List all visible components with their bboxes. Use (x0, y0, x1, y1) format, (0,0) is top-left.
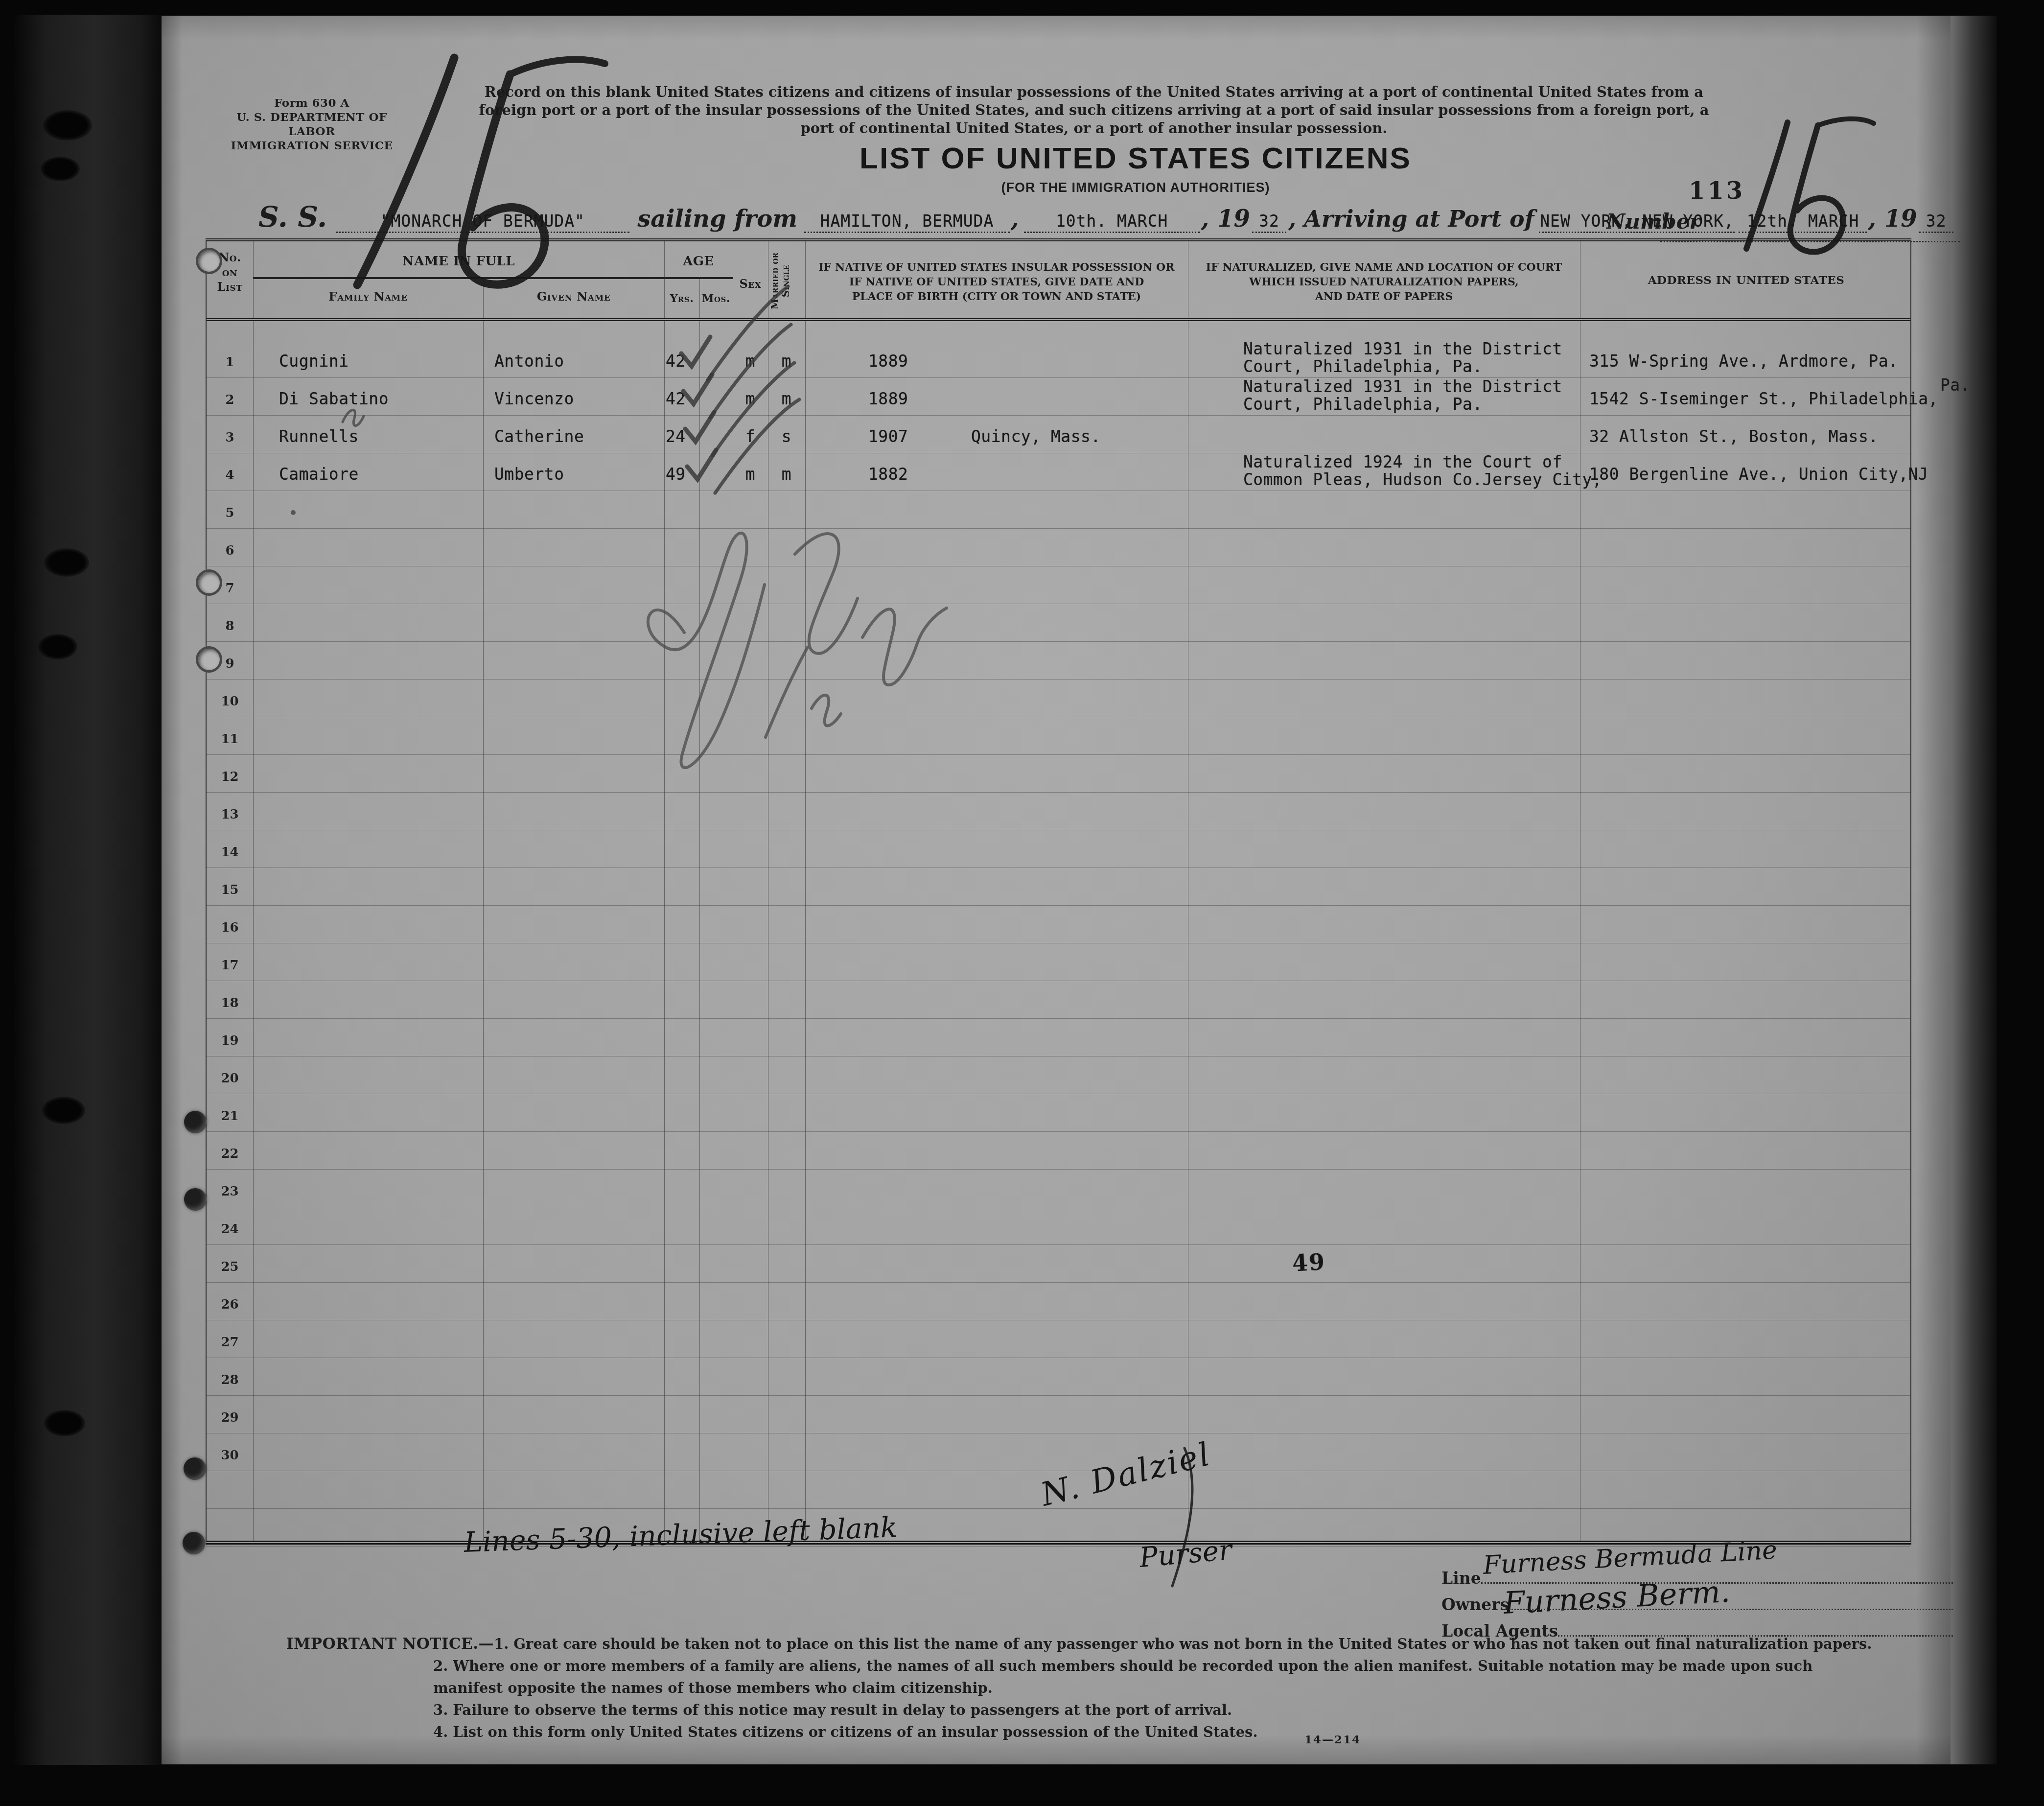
ss-label: S. S. (258, 203, 327, 231)
birth-year: 1889 (868, 389, 908, 408)
married-or-single: m (769, 389, 804, 408)
service-line: IMMIGRATION SERVICE (226, 139, 397, 153)
age-years: 49 (666, 465, 695, 484)
col-naturalization: IF NATURALIZED, GIVE NAME AND LOCATION O… (1188, 260, 1580, 304)
row-number: 4 (207, 468, 253, 483)
given-name: Umberto (494, 465, 564, 484)
film-hole-shadow (43, 110, 92, 141)
film-hole-shadow (42, 1097, 85, 1124)
table-row: 14 (207, 830, 1910, 868)
row-number: 10 (207, 694, 253, 709)
table-row: 24 (207, 1207, 1910, 1245)
punch-hole (196, 646, 222, 673)
address: 32 Allston St., Boston, Mass. (1589, 427, 1879, 446)
birth-year: 1889 (868, 352, 908, 371)
naturalization: Naturalized 1931 in the DistrictCourt, P… (1243, 378, 1562, 413)
page-title: LIST OF UNITED STATES CITIZENS (641, 141, 1630, 176)
table-row: 6 (207, 528, 1910, 566)
film-hole-shadow (44, 1410, 85, 1436)
row-number: 20 (207, 1071, 253, 1086)
row-number: 25 (207, 1260, 253, 1274)
year-printed: , 19 (1201, 207, 1250, 231)
row-number: 18 (207, 996, 253, 1010)
header-rule (253, 277, 733, 279)
table-row: 13 (207, 792, 1910, 830)
header-column-line (768, 241, 768, 318)
naturalization-line2: Court, Philadelphia, Pa. (1243, 396, 1562, 413)
punch-hole (184, 1188, 207, 1211)
notice-item-2: 2. Where one or more members of a family… (433, 1655, 1877, 1699)
col-given-name: Given Name (483, 289, 664, 304)
family-name: Cugnini (279, 352, 349, 371)
table-row: 17 (207, 943, 1910, 981)
family-name: Di Sabatino (279, 389, 389, 408)
table-row: 23 (207, 1169, 1910, 1207)
notice-heading: IMPORTANT NOTICE.— (286, 1635, 494, 1653)
col-birth-info: IF NATIVE OF UNITED STATES INSULAR POSSE… (805, 260, 1188, 304)
table-body: 1CugniniAntonio42mm1889Naturalized 1931 … (207, 321, 1910, 1541)
naturalization-line1: Naturalized 1931 in the District (1243, 378, 1562, 396)
table-row: 5 (207, 491, 1910, 529)
address: 1542 S-Iseminger St., Philadelphia,Pa. (1589, 389, 1970, 408)
stamp-113: 113 (1689, 177, 1745, 205)
arrival-date-field: 12th. MARCH (1739, 211, 1867, 233)
naturalization-line1: Naturalized 1931 in the District (1243, 340, 1562, 358)
print-code: 14—214 (1304, 1733, 1361, 1746)
table-row: 22 (207, 1131, 1910, 1170)
naturalization: Naturalized 1924 in the Court ofCommon P… (1243, 453, 1602, 489)
table-row: 30 (207, 1433, 1910, 1471)
row-number: 8 (207, 619, 253, 633)
row-number: 21 (207, 1109, 253, 1124)
line-field (1481, 1566, 1953, 1584)
film-hole-shadow (41, 157, 80, 181)
ship-name-field: "MONARCH OF BERMUDA" (336, 211, 629, 233)
department-line: U. S. DEPARTMENT OF LABOR (226, 110, 397, 139)
row-number: 12 (207, 770, 253, 784)
col-family-name: Family Name (253, 289, 483, 304)
col-address: ADDRESS IN UNITED STATES (1580, 274, 1912, 287)
row-number: 24 (207, 1222, 253, 1237)
table-row: 2Di SabatinoVincenzo42mm1889Naturalized … (207, 377, 1910, 416)
sailing-from-label: sailing from (637, 207, 797, 231)
sex: m (734, 352, 766, 371)
col-age: AGE (664, 254, 733, 269)
row-number: 3 (207, 430, 253, 445)
row-number: 22 (207, 1147, 253, 1161)
table-row: 10 (207, 679, 1910, 717)
row-number: 5 (207, 506, 253, 520)
sailing-port-field: HAMILTON, BERMUDA (804, 211, 1010, 233)
sailing-date-field: 10th. MARCH (1024, 211, 1200, 233)
family-name: Runnells (279, 427, 359, 446)
married-or-single: m (769, 465, 804, 484)
table-row: 26 (207, 1282, 1910, 1320)
form-number-line: Form 630 A (226, 96, 397, 110)
owners-row: Owners (1441, 1592, 1953, 1614)
address-raised: Pa. (1940, 375, 1970, 395)
owners-label: Owners (1441, 1595, 1509, 1614)
header-column-line (1580, 241, 1580, 318)
row-number: 16 (207, 920, 253, 935)
table-row: 7 (207, 566, 1910, 604)
table-row: 20 (207, 1056, 1910, 1094)
year-printed-2: , 19 (1868, 207, 1917, 231)
table-row: 29 (207, 1395, 1910, 1433)
row-number: 26 (207, 1297, 253, 1312)
header-subcolumn-line (483, 277, 484, 318)
address: 180 Bergenline Ave., Union City,NJ (1589, 465, 1928, 484)
family-name: Camaiore (279, 465, 359, 484)
line-label: Line (1441, 1569, 1481, 1588)
scanned-manifest-page: Form 630 A U. S. DEPARTMENT OF LABOR IMM… (0, 0, 2044, 1806)
row-number: 1 (207, 355, 253, 370)
row-number: 6 (207, 543, 253, 558)
table-row: 4CamaioreUmberto49mm1882Naturalized 1924… (207, 453, 1910, 491)
notice-item-1: 1. Great care should be taken not to pla… (494, 1636, 1872, 1652)
row-number: 13 (207, 807, 253, 822)
passenger-table: No. on List NAME IN FULL AGE Family Name… (206, 238, 1911, 1545)
given-name: Catherine (494, 427, 584, 446)
stamp-49: 49 (1292, 1248, 1326, 1276)
table-row: 19 (207, 1018, 1910, 1056)
table-row: 27 (207, 1320, 1910, 1358)
row-number: 28 (207, 1373, 253, 1387)
arrival-port-field: NEW YORK, NEW YORK, (1539, 211, 1735, 233)
table-row: 12 (207, 754, 1910, 793)
naturalization: Naturalized 1931 in the DistrictCourt, P… (1243, 340, 1562, 375)
col-yrs: Yrs. (664, 292, 699, 305)
line-row: Line (1441, 1566, 1953, 1588)
table-row: 11 (207, 717, 1910, 755)
row-number: 27 (207, 1335, 253, 1350)
sex: f (734, 427, 766, 446)
birth-year: 1907 (868, 427, 908, 446)
punch-hole (183, 1532, 205, 1554)
age-years: 42 (666, 389, 695, 408)
col-sex: Sex (733, 277, 768, 291)
table-row-extra (207, 1508, 1910, 1547)
age-years: 42 (666, 352, 695, 371)
table-row: 16 (207, 905, 1910, 943)
page-subtitle: (FOR THE IMMIGRATION AUTHORITIES) (641, 180, 1630, 195)
row-number: 11 (207, 732, 253, 747)
owners-field (1509, 1592, 1953, 1610)
naturalization-line2: Court, Philadelphia, Pa. (1243, 358, 1562, 375)
row-number: 14 (207, 845, 253, 860)
row-number: 17 (207, 958, 253, 973)
birth-place: Quincy, Mass. (971, 427, 1101, 446)
film-edge-band (14, 15, 162, 1765)
given-name: Antonio (494, 352, 564, 371)
row-number: 2 (207, 393, 253, 407)
table-row: 8 (207, 604, 1910, 642)
sex: m (734, 465, 766, 484)
table-row: 21 (207, 1094, 1910, 1132)
married-or-single: m (769, 352, 804, 371)
table-row: 25 (207, 1244, 1910, 1283)
sailing-year-field: 32 (1252, 211, 1286, 233)
table-row: 1CugniniAntonio42mm1889Naturalized 1931 … (207, 340, 1910, 378)
birth-year: 1882 (868, 465, 908, 484)
voyage-line: S. S. "MONARCH OF BERMUDA" sailing from … (258, 203, 1953, 233)
header-column-line (805, 241, 806, 318)
page-right-edge (1951, 16, 1997, 1764)
row-number: 30 (207, 1448, 253, 1463)
comma-printed: , (1011, 207, 1019, 231)
sex: m (734, 389, 766, 408)
row-number: 19 (207, 1033, 253, 1048)
header-column-line (253, 241, 254, 318)
address: 315 W-Spring Ave., Ardmore, Pa. (1589, 352, 1898, 371)
table-row: 3RunnellsCatherine24fs1907Quincy, Mass.3… (207, 415, 1910, 453)
table-header: No. on List NAME IN FULL AGE Family Name… (207, 241, 1910, 321)
arrival-year-field: 32 (1919, 211, 1953, 233)
film-hole-shadow (44, 548, 89, 577)
table-row: 18 (207, 981, 1910, 1019)
notice-line-1: IMPORTANT NOTICE.—1. Great care should b… (286, 1633, 1877, 1655)
notice-item-4: 4. List on this form only United States … (433, 1721, 1877, 1743)
table-row: 15 (207, 868, 1910, 906)
punch-hole (184, 1457, 206, 1480)
row-number: 29 (207, 1410, 253, 1425)
naturalization-line1: Naturalized 1924 in the Court of (1243, 453, 1602, 471)
header-column-line (1188, 241, 1188, 318)
punch-hole (196, 248, 222, 274)
age-years: 24 (666, 427, 695, 446)
arriving-label: , Arriving at Port of (1288, 208, 1534, 230)
given-name: Vincenzo (494, 389, 574, 408)
col-married-or-single: Married or Single (769, 242, 804, 320)
col-name-in-full: NAME IN FULL (253, 254, 664, 269)
punch-hole (184, 1111, 207, 1133)
row-number: 23 (207, 1184, 253, 1199)
table-row: 9 (207, 641, 1910, 680)
punch-hole (196, 569, 222, 596)
row-number: 15 (207, 883, 253, 897)
married-or-single: s (769, 427, 804, 446)
header-column-line (733, 241, 733, 318)
film-hole-shadow (38, 634, 77, 659)
record-instruction: Record on this blank United States citiz… (477, 83, 1711, 138)
naturalization-line2: Common Pleas, Hudson Co.Jersey City, (1243, 471, 1602, 489)
header-column-line (664, 241, 665, 318)
col-mos: Mos. (699, 292, 733, 305)
important-notice: IMPORTANT NOTICE.—1. Great care should b… (286, 1633, 1877, 1743)
form-id-block: Form 630 A U. S. DEPARTMENT OF LABOR IMM… (226, 96, 397, 153)
notice-item-3: 3. Failure to observe the terms of this … (433, 1699, 1877, 1721)
table-row: 28 (207, 1358, 1910, 1396)
header-subcolumn-line (699, 277, 700, 318)
